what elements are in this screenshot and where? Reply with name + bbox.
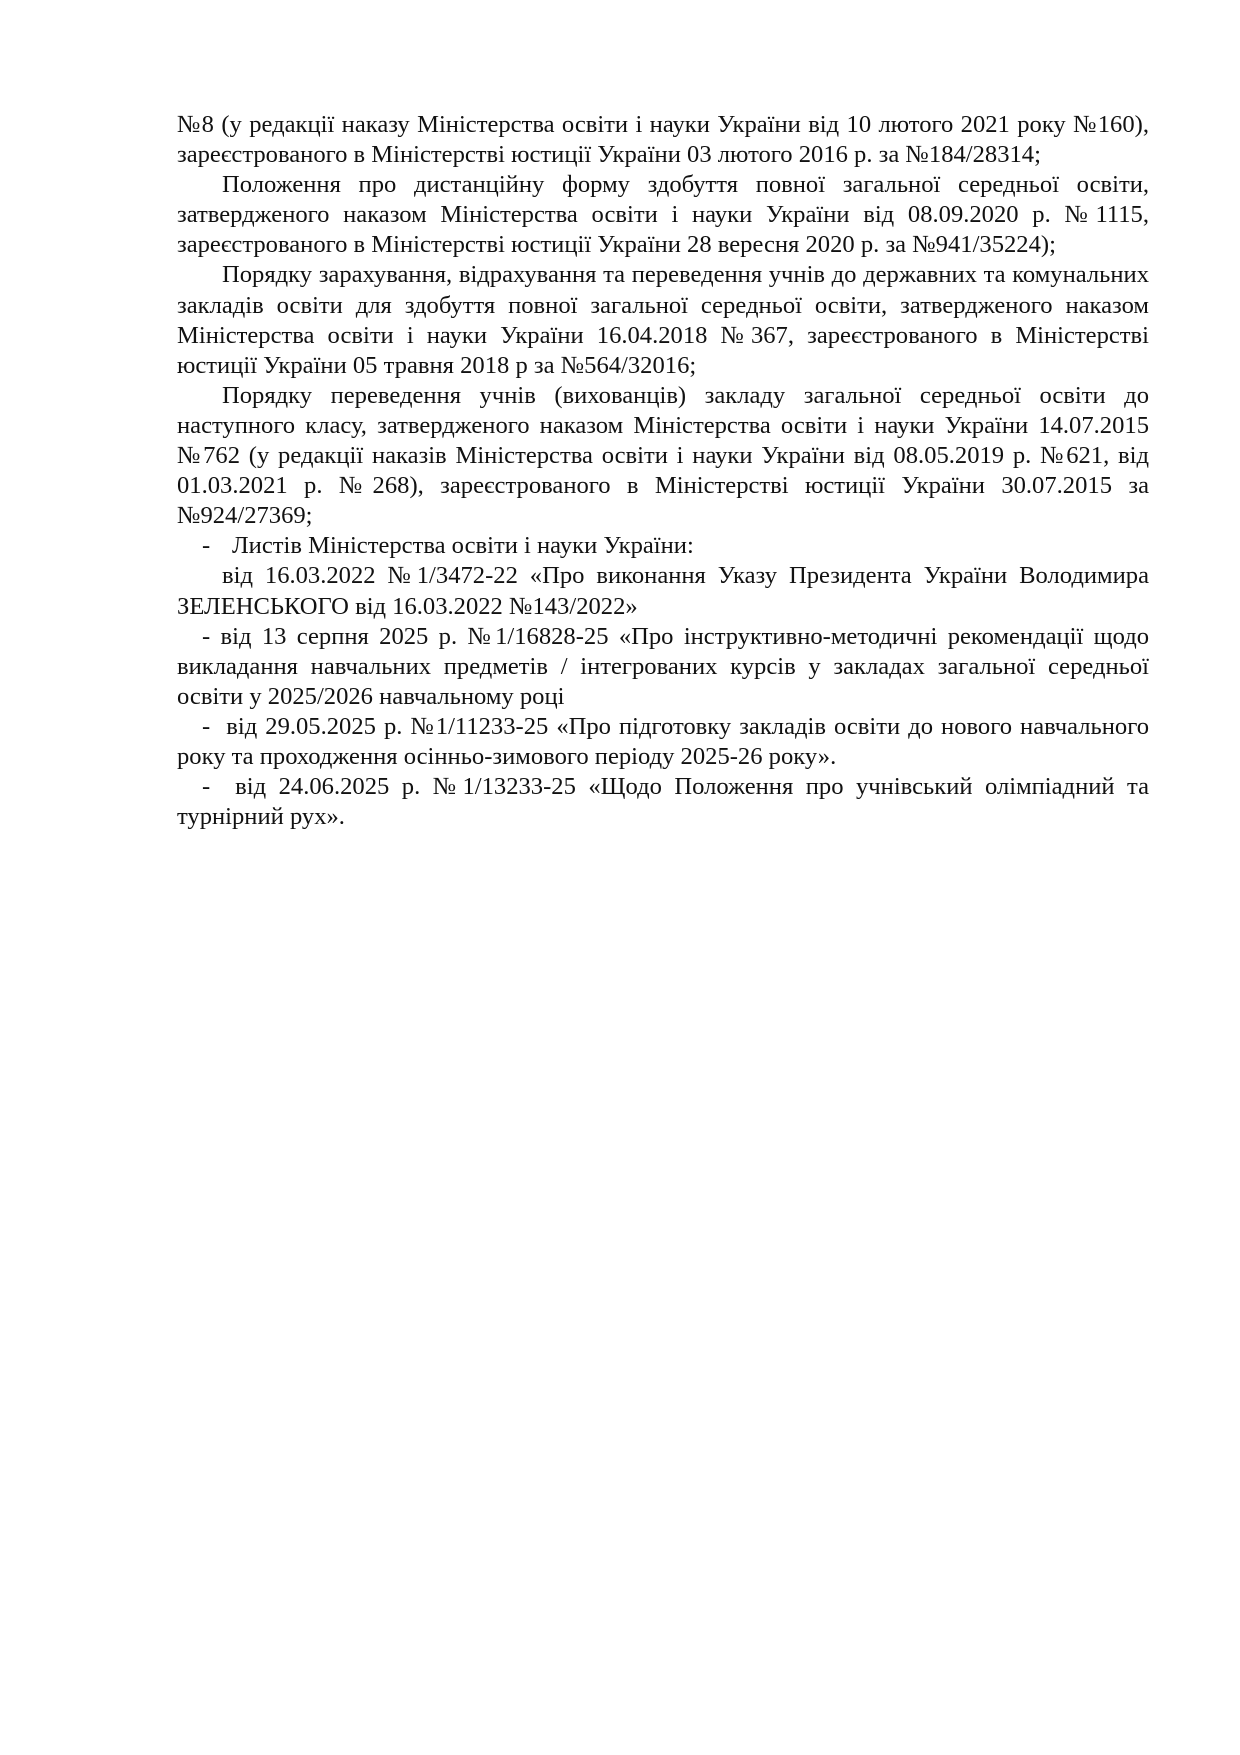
list-dash: -: [202, 623, 210, 650]
list-dash: -: [202, 713, 210, 740]
list-dash: -: [202, 773, 210, 800]
paragraph-letter-aug-2025: - від 13 серпня 2025 р. №1/16828-25 «Про…: [177, 622, 1149, 712]
paragraph-letters-heading: -Листів Міністерства освіти і науки Укра…: [177, 531, 1149, 561]
paragraph-continuation: №8 (у редакції наказу Міністерства освіт…: [177, 110, 1149, 170]
document-page: №8 (у редакції наказу Міністерства освіт…: [177, 110, 1149, 832]
list-dash: -: [202, 531, 232, 561]
paragraph-letter-2022: від 16.03.2022 №1/3472-22 «Про виконання…: [177, 561, 1149, 621]
letters-heading-text: Листів Міністерства освіти і науки Украї…: [232, 532, 694, 559]
letter-jun-2025-text: від 24.06.2025 р. №1/13233-25 «Щодо Поло…: [177, 773, 1149, 830]
letter-aug-2025-text: від 13 серпня 2025 р. №1/16828-25 «Про і…: [177, 623, 1149, 710]
letter-may-2025-text: від 29.05.2025 р. №1/11233-25 «Про підго…: [177, 713, 1149, 770]
paragraph-letter-may-2025: - від 29.05.2025 р. №1/11233-25 «Про під…: [177, 712, 1149, 772]
paragraph-transfer-procedure: Порядку переведення учнів (вихованців) з…: [177, 381, 1149, 531]
paragraph-distance-learning-regulation: Положення про дистанційну форму здобуття…: [177, 170, 1149, 260]
paragraph-enrollment-procedure: Порядку зарахування, відрахування та пер…: [177, 260, 1149, 380]
paragraph-letter-jun-2025: - від 24.06.2025 р. №1/13233-25 «Щодо По…: [177, 772, 1149, 832]
